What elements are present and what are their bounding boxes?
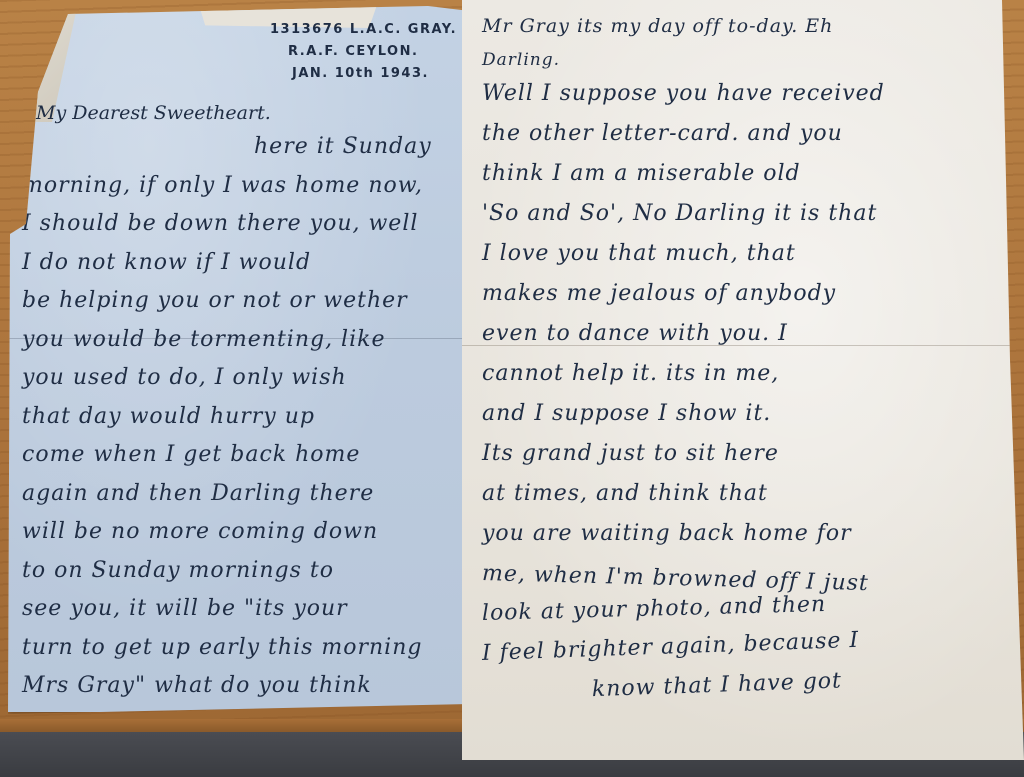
text-line: cannot help it. its in me, — [482, 354, 885, 394]
text-line: you are waiting back home for — [482, 514, 885, 554]
letter-date: JAN. 10th 1943. — [270, 66, 470, 88]
text-line: turn to get up early this morning — [22, 629, 432, 668]
text-line: Darling. — [482, 46, 885, 74]
salutation: My Dearest Sweetheart. — [36, 102, 271, 124]
text-line: that day would hurry up — [22, 398, 432, 437]
text-line: the other letter-card. and you — [482, 114, 885, 154]
text-line: morning, if only I was home now, — [22, 167, 432, 206]
letter-page-left: 1313676 L.A.C. GRAY. R.A.F. CEYLON. JAN.… — [8, 2, 478, 712]
text-line: 'So and So', No Darling it is that — [482, 194, 885, 234]
text-line: and I suppose I show it. — [482, 394, 885, 434]
text-line: Well I suppose you have received — [482, 74, 885, 114]
text-line: will be no more coming down — [22, 513, 432, 552]
service-number-name: 1313676 L.A.C. GRAY. — [270, 22, 470, 44]
text-line: I love you that much, that — [482, 234, 885, 274]
letter-page-right: Mr Gray its my day off to-day. Eh Darlin… — [462, 0, 1024, 760]
unit-location: R.A.F. CEYLON. — [270, 44, 470, 66]
text-line: think I am a miserable old — [482, 154, 885, 194]
sender-address-block: 1313676 L.A.C. GRAY. R.A.F. CEYLON. JAN.… — [270, 22, 470, 88]
text-line: you would be tormenting, like — [22, 321, 432, 360]
left-page-body: here it Sunday morning, if only I was ho… — [22, 128, 432, 706]
text-line: even to dance with you. I — [482, 314, 885, 354]
text-line: makes me jealous of anybody — [482, 274, 885, 314]
text-line: come when I get back home — [22, 436, 432, 475]
text-line: Its grand just to sit here — [482, 434, 885, 474]
text-line: to on Sunday mornings to — [22, 552, 432, 591]
text-line: I do not know if I would — [22, 244, 432, 283]
text-line: Mrs Gray" what do you think — [22, 667, 432, 706]
text-line: you used to do, I only wish — [22, 359, 432, 398]
text-line: be helping you or not or wether — [22, 282, 432, 321]
text-line: see you, it will be "its your — [22, 590, 432, 629]
text-line: Mr Gray its my day off to-day. Eh — [482, 6, 885, 46]
text-line: at times, and think that — [482, 474, 885, 514]
text-line: I should be down there you, well — [22, 205, 432, 244]
text-line: again and then Darling there — [22, 475, 432, 514]
text-line: here it Sunday — [22, 128, 432, 167]
right-page-body: Mr Gray its my day off to-day. Eh Darlin… — [482, 6, 885, 714]
